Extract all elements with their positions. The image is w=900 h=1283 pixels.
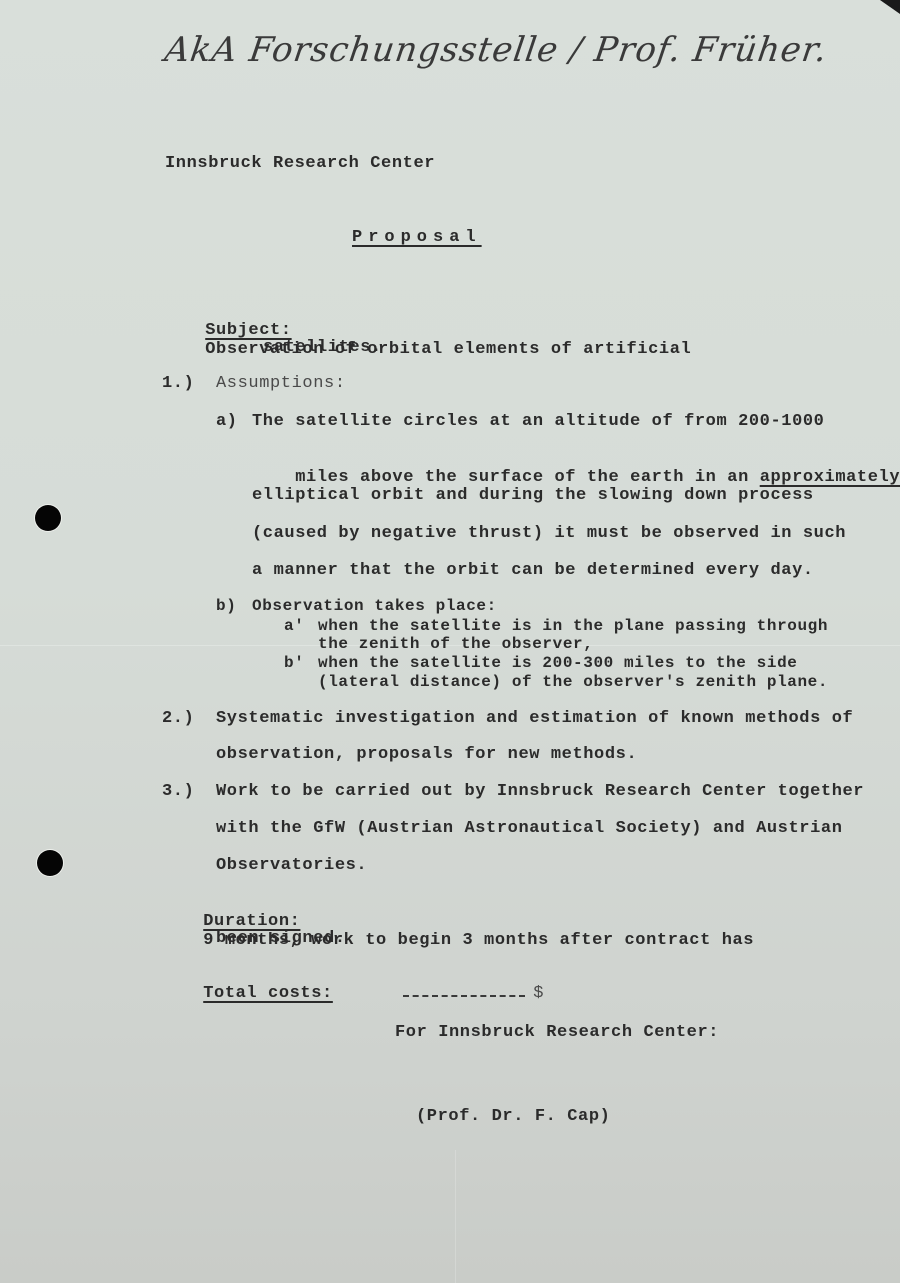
- section-3-line: Observatories.: [216, 856, 367, 875]
- handwritten-note: AkA Forschungsstelle / Prof. Früher.: [162, 30, 830, 70]
- signature-for-line: For Innsbruck Research Center:: [395, 1023, 719, 1042]
- item-a-line: The satellite circles at an altitude of …: [252, 412, 825, 431]
- section-3-line: Work to be carried out by Innsbruck Rese…: [216, 782, 864, 801]
- punch-hole: [37, 850, 63, 876]
- torn-corner: [880, 0, 900, 14]
- document-page: AkA Forschungsstelle / Prof. Früher. Inn…: [0, 0, 900, 1283]
- section-2-number: 2.): [162, 709, 194, 728]
- sub-item-a-line: when the satellite is in the plane passi…: [318, 617, 828, 635]
- sub-item-a-marker: a': [284, 617, 304, 635]
- paper-fold: [455, 1150, 456, 1283]
- item-a-marker: a): [216, 412, 238, 431]
- sub-item-b-marker: b': [284, 654, 304, 672]
- sub-item-b-line: (lateral distance) of the observer's zen…: [318, 673, 828, 691]
- section-2-line: observation, proposals for new methods.: [216, 745, 637, 764]
- item-b-marker: b): [216, 597, 236, 615]
- organization-header: Innsbruck Research Center: [165, 154, 435, 173]
- total-costs-label: Total costs:: [160, 965, 333, 1022]
- section-1-number: 1.): [162, 374, 194, 393]
- signatory-name: (Prof. Dr. F. Cap): [416, 1107, 610, 1126]
- item-b-heading: Observation takes place:: [252, 597, 497, 615]
- section-3-number: 3.): [162, 782, 194, 801]
- total-costs-blank: [403, 995, 525, 997]
- section-3-line: with the GfW (Austrian Astronautical Soc…: [216, 819, 843, 838]
- sub-item-a-line: the zenith of the observer,: [318, 635, 593, 653]
- total-costs-field: $: [360, 965, 544, 1022]
- punch-hole: [35, 505, 61, 531]
- document-title: Proposal: [352, 228, 482, 247]
- item-a-line: elliptical orbit and during the slowing …: [252, 486, 814, 505]
- currency-symbol: $: [533, 984, 544, 1003]
- section-1-heading: Assumptions:: [216, 374, 346, 393]
- duration-text-cont: been signed.: [216, 929, 346, 948]
- underlined-word: approximately: [760, 468, 900, 487]
- item-a-line: (caused by negative thrust) it must be o…: [252, 524, 846, 543]
- item-a-line: a manner that the orbit can be determine…: [252, 561, 814, 580]
- subject-line: Subject: Observation of orbital elements…: [162, 302, 691, 378]
- section-2-line: Systematic investigation and estimation …: [216, 709, 853, 728]
- subject-text-cont: satellites.: [263, 338, 382, 357]
- sub-item-b-line: when the satellite is 200-300 miles to t…: [318, 654, 797, 672]
